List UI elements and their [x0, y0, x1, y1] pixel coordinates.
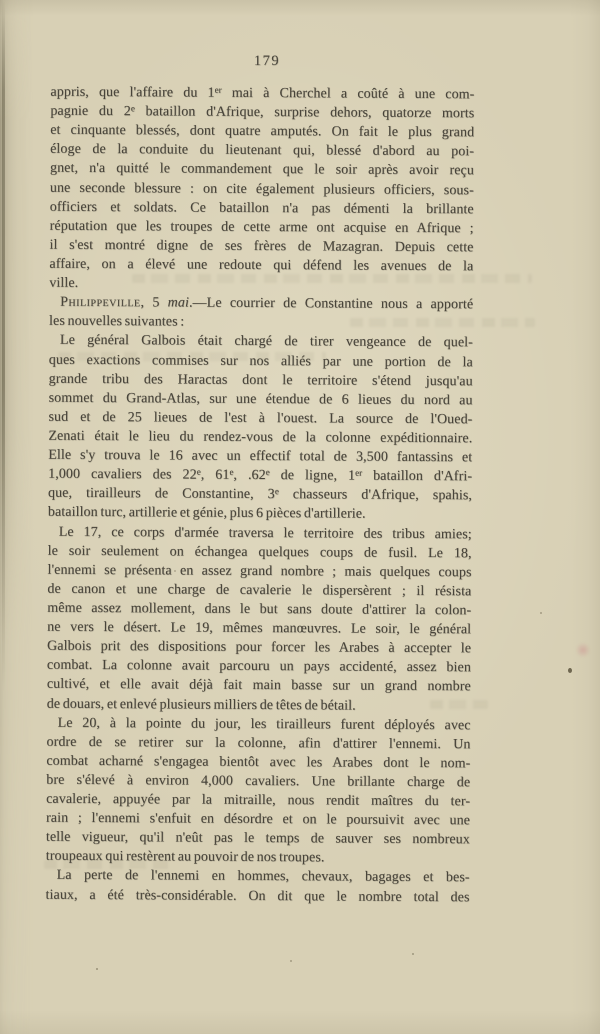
text-line: appris, que l'affaire du 1er mai à Cherc…	[50, 83, 474, 105]
ink-speck	[568, 668, 572, 673]
text-segment: les nouvelles suivantes :	[49, 314, 184, 330]
text-line: Elle s'y trouva le 16 avec un effectif t…	[48, 446, 472, 468]
text-line: le soir seulement on échangea quelques c…	[48, 541, 472, 563]
ink-speck	[290, 960, 292, 962]
text-segment: Le 20, à la pointe du jour, les tiraille…	[58, 715, 471, 733]
text-segment: tiaux, a été très-considérable. On dit q…	[46, 887, 470, 905]
text-segment: officiers et soldats. Ce bataillon n'a p…	[50, 199, 474, 217]
text-line: cultivé, et elle avait déjà fait main ba…	[47, 675, 471, 697]
text-segment: gnet, n'a quitté le commandement que le …	[50, 161, 474, 179]
text-segment: l'ennemi se présenta en assez grand nomb…	[47, 562, 471, 580]
text-line: sud et de 25 lieues de l'est à l'ouest. …	[48, 408, 472, 430]
text-segment: il s'est montré digne de ses frères de M…	[49, 238, 473, 256]
text-segment: le soir seulement on échangea quelques c…	[48, 543, 472, 561]
text-segment: cultivé, et elle avait déjà fait main ba…	[47, 677, 471, 695]
text-segment: même assez mollement, dans le but sans d…	[47, 601, 471, 619]
text-segment: rain ; l'ennemi s'enfuit en désordre et …	[46, 811, 470, 829]
text-block: appris, que l'affaire du 1er mai à Cherc…	[45, 83, 474, 907]
text-line: bre s'élevé à environ 4,000 cavaliers. U…	[46, 771, 470, 793]
text-line: 1,000 cavaliers des 22e, 61e, .62e de li…	[48, 465, 472, 487]
bleed-through-text	[350, 318, 535, 327]
text-line: l'ennemi se présenta en assez grand nomb…	[47, 560, 471, 582]
text-segment-sup: er	[355, 468, 362, 478]
text-segment: combat. La colonne avait parcouru un pay…	[47, 658, 471, 676]
text-segment: bre s'élevé à environ 4,000 cavaliers. U…	[46, 773, 470, 791]
text-segment: telle vigueur, qu'il n'eût pas le temps …	[46, 830, 470, 848]
text-segment: sommet du Grand-Atlas, sur une étendue d…	[49, 390, 473, 408]
text-segment: sud et de 25 lieues de l'est à l'ouest. …	[48, 410, 472, 428]
text-segment: Elle s'y trouva le 16 avec un effectif t…	[48, 448, 472, 466]
binding-edge-shadow	[0, 0, 34, 1034]
text-line: de canon et une charge de cavalerie le d…	[47, 580, 471, 602]
text-segment-sc: Philippeville	[60, 295, 140, 310]
text-segment: réputation que les troupes de cette arme…	[50, 218, 474, 236]
pink-stain	[576, 642, 590, 658]
text-segment: bataillon turc, artillerie et génie, plu…	[48, 505, 366, 522]
scanned-page: 179 appris, que l'affaire du 1er mai à C…	[0, 0, 600, 1034]
text-segment: Zenati était le lieu du rendez-vous de l…	[48, 429, 472, 447]
text-line: de douars, et enlevé plusieurs milliers …	[47, 694, 471, 716]
text-segment: Galbois prit des dispositions pour force…	[47, 639, 471, 657]
text-line: Galbois prit des dispositions pour force…	[47, 637, 471, 659]
text-segment: pagnie du 2	[50, 104, 131, 119]
text-segment-i: mai	[168, 296, 189, 311]
text-segment: et cinquante blessés, dont quatre amputé…	[50, 123, 474, 141]
binding-edge-line	[2, 0, 5, 700]
text-segment: une seconde blessure : on cite également…	[50, 180, 474, 198]
text-line: Le général Galbois était chargé de tirer…	[49, 331, 473, 353]
text-segment-sup: e	[197, 467, 201, 477]
text-line: réputation que les troupes de cette arme…	[50, 216, 474, 238]
text-line: ne vers le désert. Le 19, mêmes manœuvre…	[47, 618, 471, 640]
text-segment: La perte de l'ennemi en hommes, chevaux,…	[57, 868, 470, 886]
text-line: Philippeville, 5 mai.—Le courrier de Con…	[49, 293, 473, 315]
text-line: même assez mollement, dans le but sans d…	[47, 599, 471, 621]
text-line: grande tribu des Haractas dont le territ…	[49, 369, 473, 391]
text-segment: mai à Cherchel a coûté à une com-	[222, 86, 475, 103]
text-line: ordre de se retirer sur la colonne, afin…	[46, 732, 470, 754]
text-segment: , .62	[233, 468, 265, 483]
ink-speck	[96, 968, 98, 970]
text-segment: de douars, et enlevé plusieurs milliers …	[47, 696, 356, 713]
text-segment: appris, que l'affaire du 1	[50, 85, 214, 101]
text-line: officiers et soldats. Ce bataillon n'a p…	[50, 197, 474, 219]
bleed-through-text	[58, 352, 326, 361]
bleed-through-text	[44, 860, 172, 869]
text-line: telle vigueur, qu'il n'eût pas le temps …	[46, 828, 470, 850]
text-segment: ville.	[49, 276, 78, 291]
text-segment: grande tribu des Haractas dont le territ…	[49, 371, 473, 389]
text-line: éloge de la conduite du lieutenant qui, …	[50, 140, 474, 162]
text-segment: affaire, on a élevé une redoute qui défe…	[49, 257, 473, 275]
page-number: 179	[55, 53, 479, 70]
text-line: cavalerie, appuyée par la mitraille, nou…	[46, 790, 470, 812]
text-line: combat. La colonne avait parcouru un pay…	[47, 656, 471, 678]
text-line: il s'est montré digne de ses frères de M…	[49, 236, 473, 258]
text-segment: de canon et une charge de cavalerie le d…	[47, 582, 471, 600]
text-segment: Le général Galbois était chargé de tirer…	[60, 333, 473, 351]
text-segment-sup: e	[229, 467, 233, 477]
text-segment: , 5	[141, 295, 168, 310]
ink-speck	[540, 612, 542, 614]
text-segment: chasseurs d'Afrique, spahis,	[279, 487, 472, 503]
ink-speck	[174, 570, 176, 572]
text-line: que, tirailleurs de Constantine, 3e chas…	[48, 484, 472, 506]
text-line: Zenati était le lieu du rendez-vous de l…	[48, 427, 472, 449]
ink-speck	[412, 953, 414, 955]
text-segment: cavalerie, appuyée par la mitraille, nou…	[46, 792, 470, 810]
text-line: gnet, n'a quitté le commandement que le …	[50, 159, 474, 181]
text-segment-sup: er	[215, 85, 222, 95]
text-segment: ordre de se retirer sur la colonne, afin…	[46, 734, 470, 752]
text-segment: , 61	[201, 468, 230, 483]
text-segment-sup: e	[266, 467, 270, 477]
text-line: sommet du Grand-Atlas, sur une étendue d…	[49, 388, 473, 410]
text-segment: de ligne, 1	[270, 468, 355, 484]
text-segment: 1,000 cavaliers des 22	[48, 467, 197, 483]
text-segment: .—Le courrier de Constantine nous a appo…	[189, 296, 473, 313]
text-line: pagnie du 2e bataillon d'Afrique, surpri…	[50, 102, 474, 124]
text-line: Le 17, ce corps d'armée traversa le terr…	[48, 522, 472, 544]
text-line: La perte de l'ennemi en hommes, chevaux,…	[46, 866, 470, 888]
text-line: et cinquante blessés, dont quatre amputé…	[50, 121, 474, 143]
text-segment: ne vers le désert. Le 19, mêmes manœuvre…	[47, 620, 471, 638]
text-line: bataillon turc, artillerie et génie, plu…	[48, 503, 472, 525]
text-line: Le 20, à la pointe du jour, les tiraille…	[47, 713, 471, 735]
text-segment: que, tirailleurs de Constantine, 3	[48, 486, 275, 502]
bleed-through-text	[132, 274, 532, 283]
text-segment-sup: e	[275, 486, 279, 496]
bleed-through-text	[430, 700, 488, 709]
text-segment: bataillon d'Afrique, surprise dehors, qu…	[135, 104, 475, 121]
text-segment: Le 17, ce corps d'armée traversa le terr…	[59, 524, 472, 542]
text-segment: éloge de la conduite du lieutenant qui, …	[50, 142, 474, 160]
text-line: combat acharné s'engagea bientôt avec le…	[46, 752, 470, 774]
text-line: une seconde blessure : on cite également…	[50, 178, 474, 200]
text-segment-sup: e	[131, 103, 135, 113]
text-line: rain ; l'ennemi s'enfuit en désordre et …	[46, 809, 470, 831]
text-segment: bataillon d'Afri-	[362, 469, 472, 485]
text-line: tiaux, a été très-considérable. On dit q…	[45, 885, 469, 907]
text-segment: combat acharné s'engagea bientôt avec le…	[46, 754, 470, 772]
